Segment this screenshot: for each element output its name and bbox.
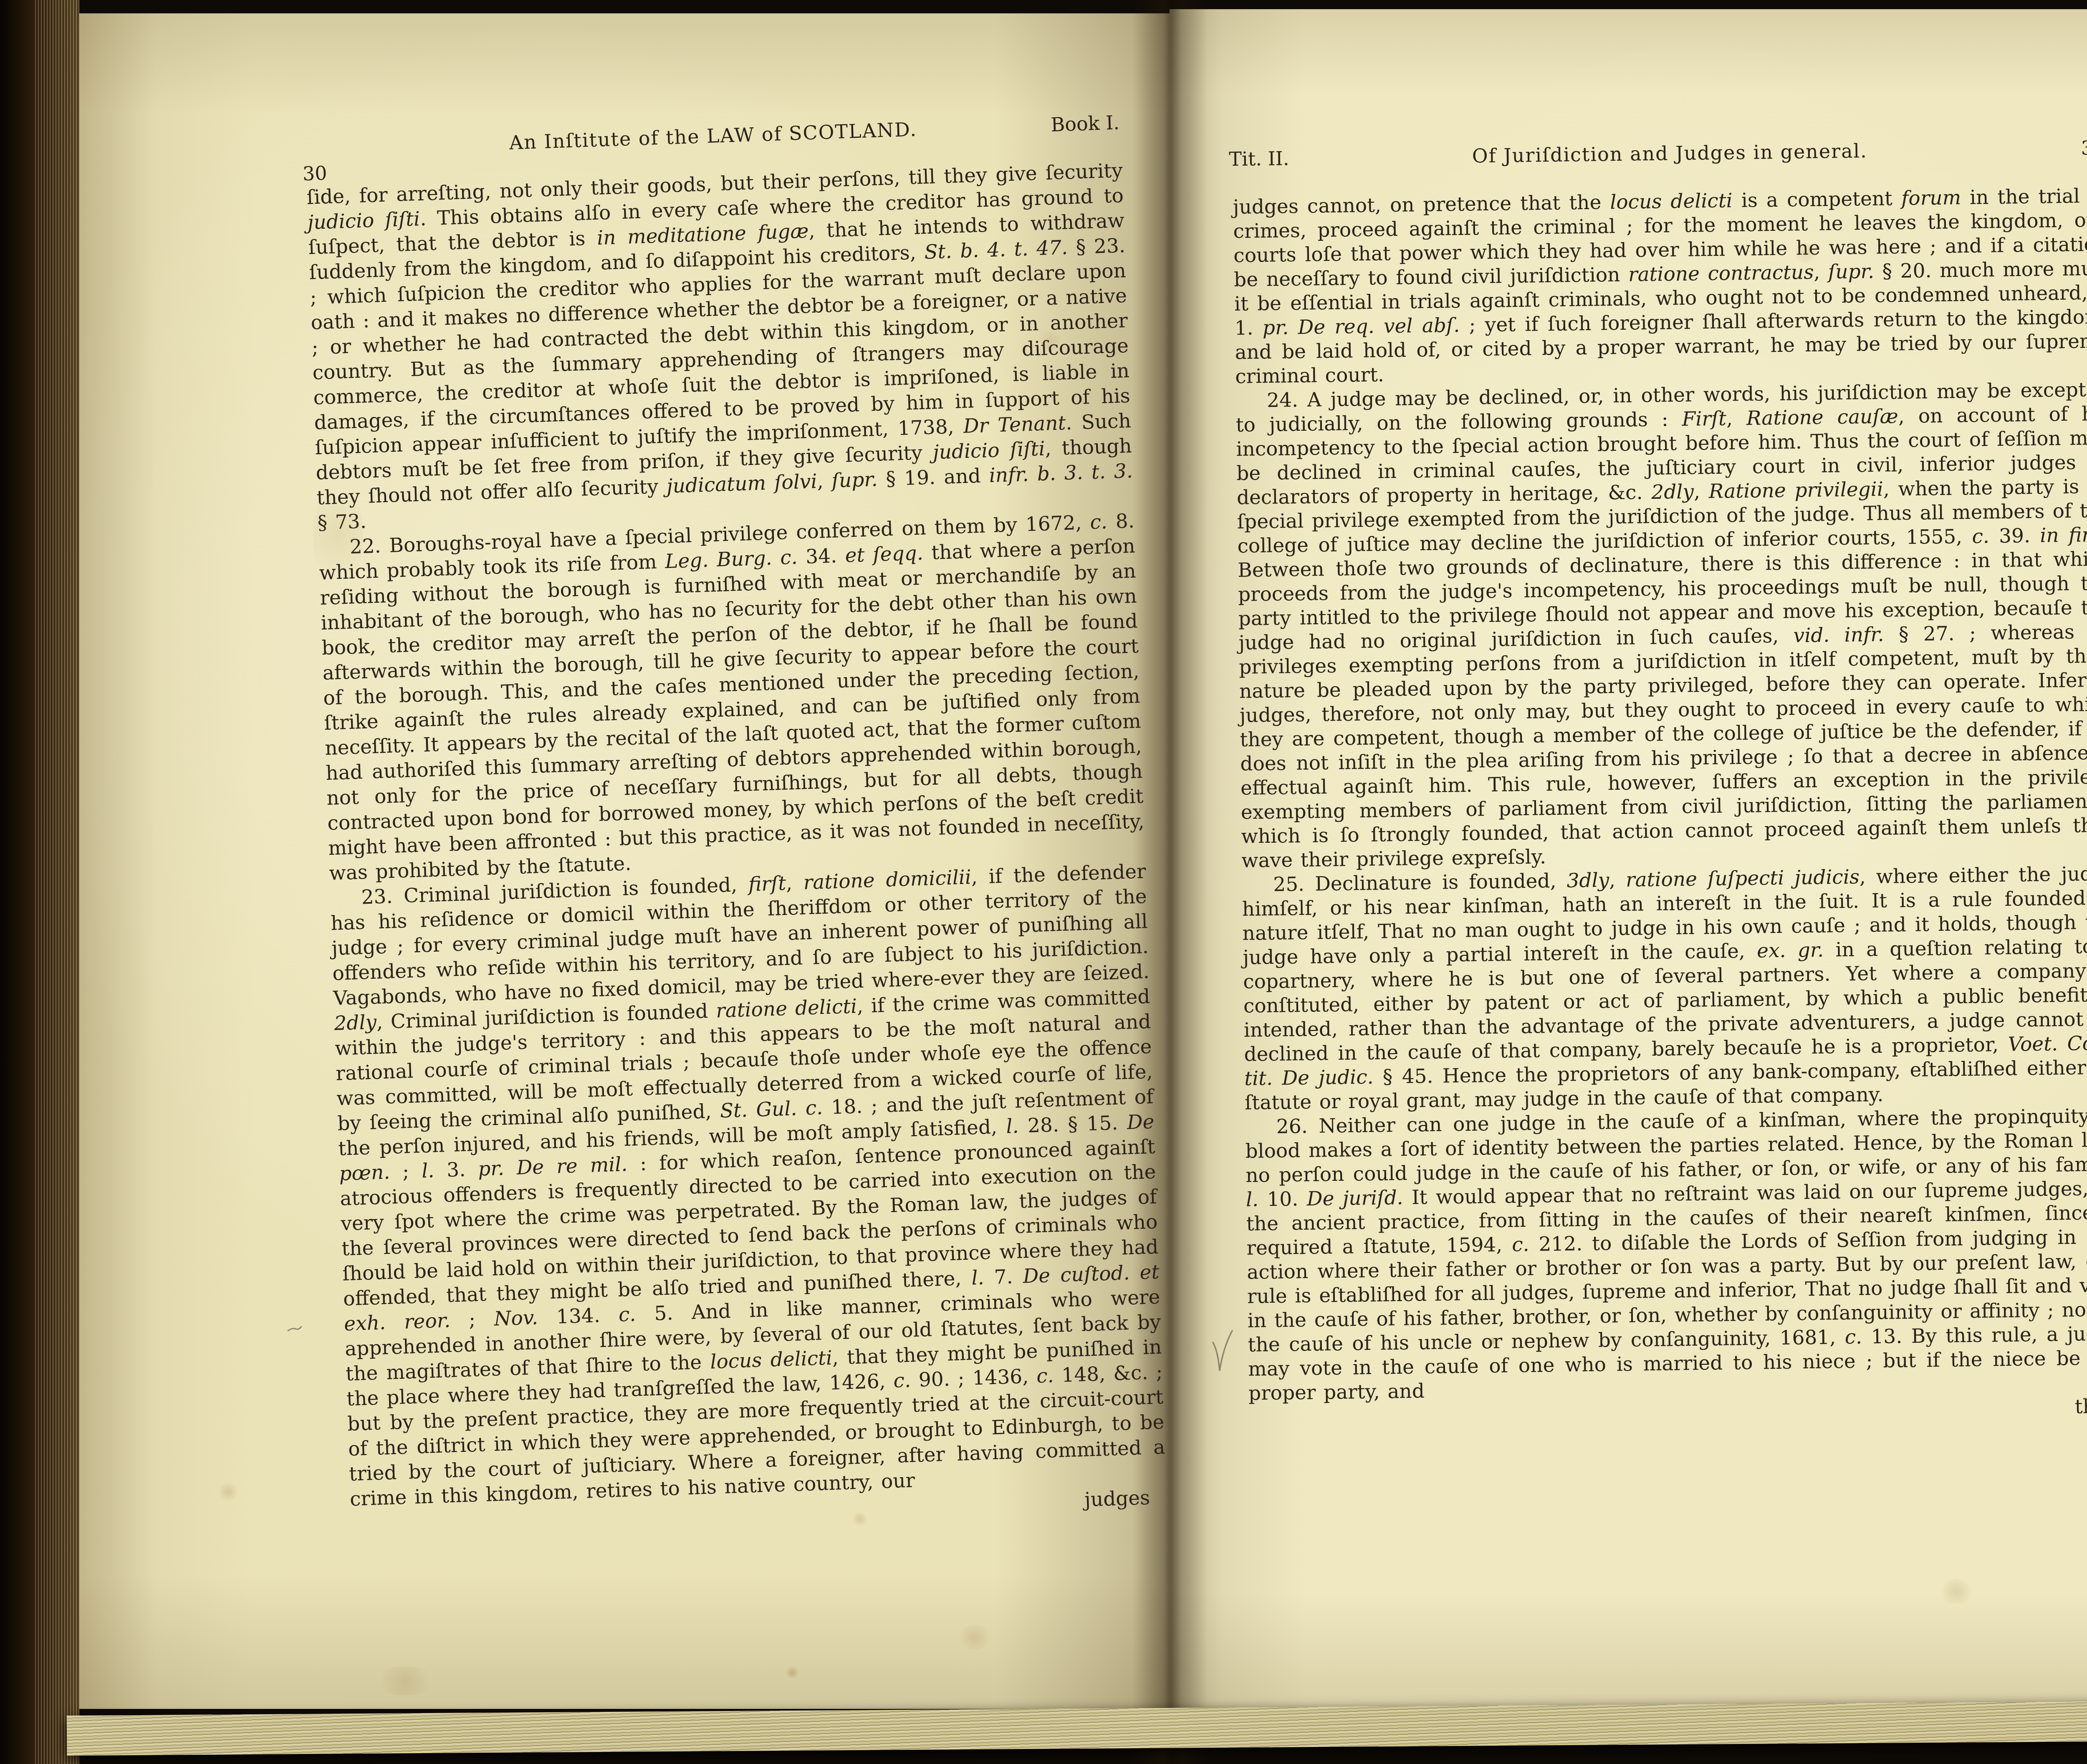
- pencil-tick-mark: [286, 1320, 303, 1337]
- page-number: 31: [2081, 136, 2087, 160]
- book-label: Book I.: [1051, 110, 1120, 137]
- left-page: 30 An Inſtitute of the LAW of SCOTLAND. …: [79, 13, 1170, 1709]
- book-spine: [0, 0, 79, 1764]
- foxing-stain: [217, 1483, 240, 1501]
- paragraph: ſide, for arreſting, not only their good…: [306, 158, 1134, 536]
- paragraph: 26. Neither can one judge in the cauſe o…: [1245, 1104, 2087, 1405]
- right-page-header: Tit. II. Of Juriſdiction and Judges in g…: [1232, 136, 2087, 174]
- foxing-stain: [1938, 1579, 1975, 1604]
- right-page-content: Tit. II. Of Juriſdiction and Judges in g…: [1232, 136, 2087, 1430]
- title-abbrev: Tit. II.: [1229, 146, 1289, 171]
- paragraph: judges cannot, on pretence that the locu…: [1233, 184, 2087, 389]
- paragraph: 23. Criminal juriſdiction is founded, fi…: [330, 859, 1167, 1512]
- paragraph: 24. A judge may be declined, or, in othe…: [1236, 378, 2087, 873]
- right-page: Tit. II. Of Juriſdiction and Judges in g…: [1170, 9, 2087, 1711]
- paragraph: 25. Declinature is founded, 3dly, ration…: [1242, 862, 2087, 1115]
- page-number: 30: [302, 160, 328, 186]
- foxing-stain: [371, 1666, 438, 1696]
- left-page-text: ſide, for arreſting, not only their good…: [306, 158, 1166, 1512]
- book-photo: 30 An Inſtitute of the LAW of SCOTLAND. …: [0, 0, 2087, 1764]
- left-page-content: 30 An Inſtitute of the LAW of SCOTLAND. …: [305, 110, 1167, 1537]
- spine-page-edges: [35, 0, 79, 1764]
- running-header: An Inſtitute of the LAW of SCOTLAND.: [305, 110, 1122, 162]
- left-page-header: 30 An Inſtitute of the LAW of SCOTLAND. …: [305, 110, 1122, 164]
- pencil-check-mark: [1210, 1328, 1235, 1374]
- foxing-stain: [956, 1625, 993, 1650]
- right-page-text: judges cannot, on pretence that the locu…: [1233, 184, 2087, 1406]
- foxing-stain: [785, 1666, 800, 1679]
- running-header: Of Juriſdiction and Judges in general.: [1232, 136, 2087, 171]
- paragraph: 22. Boroughs-royal have a ſpecial privil…: [318, 509, 1146, 886]
